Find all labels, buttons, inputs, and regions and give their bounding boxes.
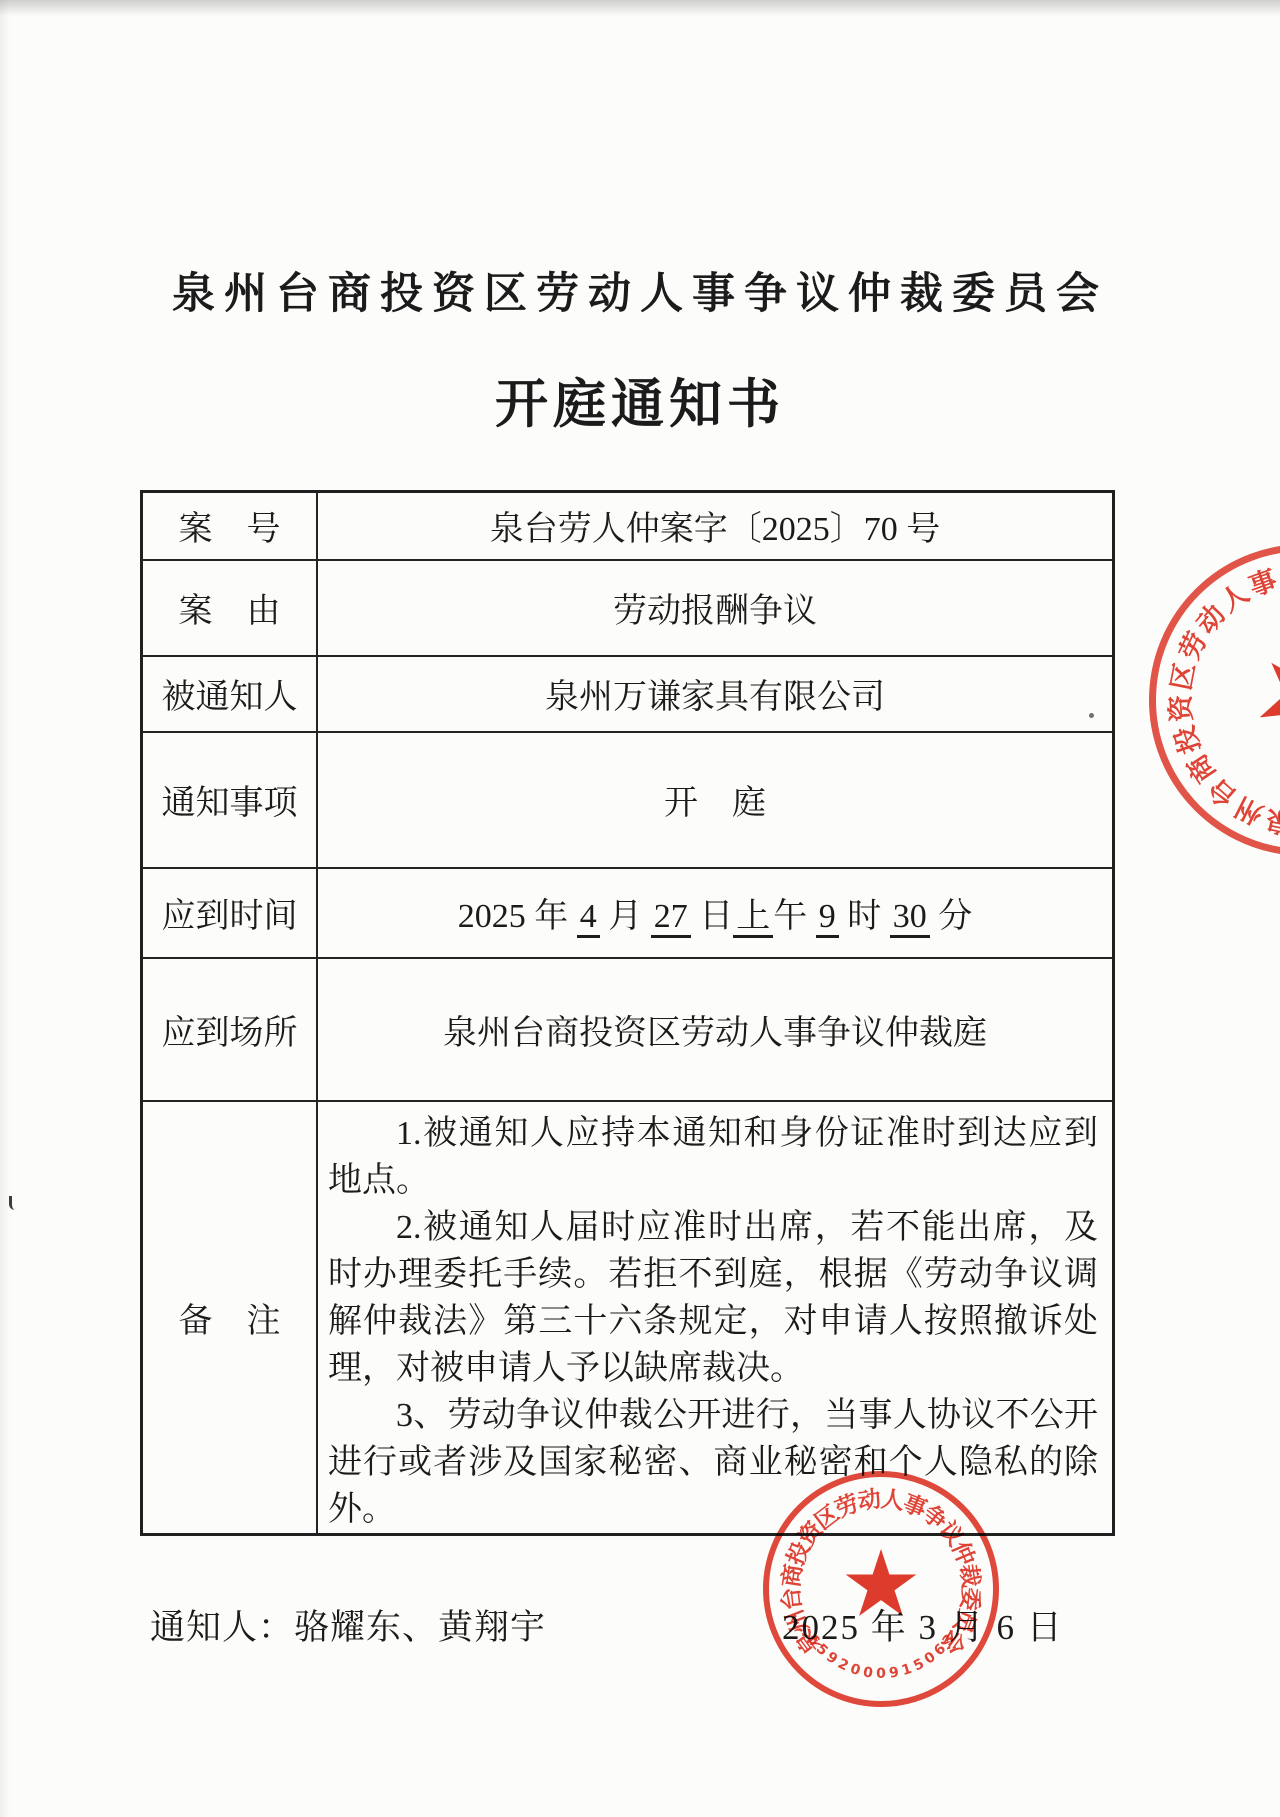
table-row-required-time: 应到时间 2025 年 4 月 27 日上午 9 时 30 分: [142, 868, 1114, 958]
time-sep-month: 月: [600, 898, 651, 935]
scanned-notice-page: 泉州台商投资区劳动人事争议仲裁委员会 开庭通知书 案 号 泉台劳人仲案字〔202…: [0, 0, 1280, 1817]
notifier-line: 通知人：骆耀东、黄翔宇: [150, 1600, 546, 1650]
time-sep-hour: 时: [839, 898, 890, 935]
case-number-label: 案 号: [142, 492, 318, 560]
notifier-names: 骆耀东、黄翔宇: [294, 1608, 546, 1647]
remark-item-2: 2.被通知人届时应准时出席，若不能出席，及时办理委托手续。若拒不到庭，根据《劳动…: [328, 1204, 1098, 1392]
time-hour: 9: [816, 898, 839, 938]
document-title: 开庭通知书: [0, 362, 1280, 438]
time-month: 4: [577, 898, 600, 938]
notified-party-value: 泉州万谦家具有限公司: [317, 656, 1114, 732]
notice-matter-label: 通知事项: [142, 732, 318, 868]
time-prefix: 2025 年: [458, 898, 577, 935]
notice-table: 案 号 泉台劳人仲案字〔2025〕70 号 案 由 劳动报酬争议 被通知人 泉州…: [140, 490, 1115, 1536]
table-row-case-cause: 案 由 劳动报酬争议: [142, 560, 1114, 656]
required-time-value: 2025 年 4 月 27 日上午 9 时 30 分: [317, 868, 1114, 958]
table-row-notice-matter: 通知事项 开 庭: [142, 732, 1114, 868]
table-row-case-number: 案 号 泉台劳人仲案字〔2025〕70 号: [142, 492, 1114, 560]
required-place-label: 应到场所: [142, 958, 318, 1101]
remark-item-3: 3、劳动争议仲裁公开进行，当事人协议不公开进行或者涉及国家秘密、商业秘密和个人隐…: [328, 1392, 1098, 1533]
remarks-content: 1.被通知人应持本通知和身份证准时到达应到地点。 2.被通知人届时应准时出席，若…: [317, 1101, 1114, 1535]
time-sep-day: 日: [691, 898, 734, 935]
star-icon: ★: [1222, 616, 1280, 774]
committee-name: 泉州台商投资区劳动人事争议仲裁委员会: [0, 260, 1280, 321]
case-number-value: 泉台劳人仲案字〔2025〕70 号: [317, 492, 1114, 560]
table-row-required-place: 应到场所 泉州台商投资区劳动人事争议仲裁庭: [142, 958, 1114, 1101]
time-day: 27: [651, 898, 691, 938]
time-minute: 30: [890, 898, 930, 938]
notice-matter-value: 开 庭: [317, 732, 1114, 868]
table-row-remarks: 备 注 1.被通知人应持本通知和身份证准时到达应到地点。 2.被通知人届时应准时…: [142, 1101, 1114, 1535]
table-row-notified-party: 被通知人 泉州万谦家具有限公司: [142, 656, 1114, 732]
required-time-label: 应到时间: [142, 868, 318, 958]
required-place-value: 泉州台商投资区劳动人事争议仲裁庭: [317, 958, 1114, 1101]
scan-artifact-mark: [9, 1196, 16, 1210]
time-suffix: 分: [930, 898, 973, 935]
case-cause-value: 劳动报酬争议: [317, 560, 1114, 656]
issue-date: 2025 年 3 月 6 日: [782, 1600, 1064, 1650]
case-cause-label: 案 由: [142, 560, 318, 656]
notified-party-label: 被通知人: [142, 656, 318, 732]
scan-artifact-dot: [1089, 713, 1094, 718]
time-sep-period: 午: [773, 898, 816, 935]
time-period: 上: [733, 898, 773, 938]
remark-item-1: 1.被通知人应持本通知和身份证准时到达应到地点。: [328, 1110, 1098, 1204]
remarks-label: 备 注: [142, 1101, 318, 1535]
notifier-label: 通知人：: [150, 1608, 294, 1647]
